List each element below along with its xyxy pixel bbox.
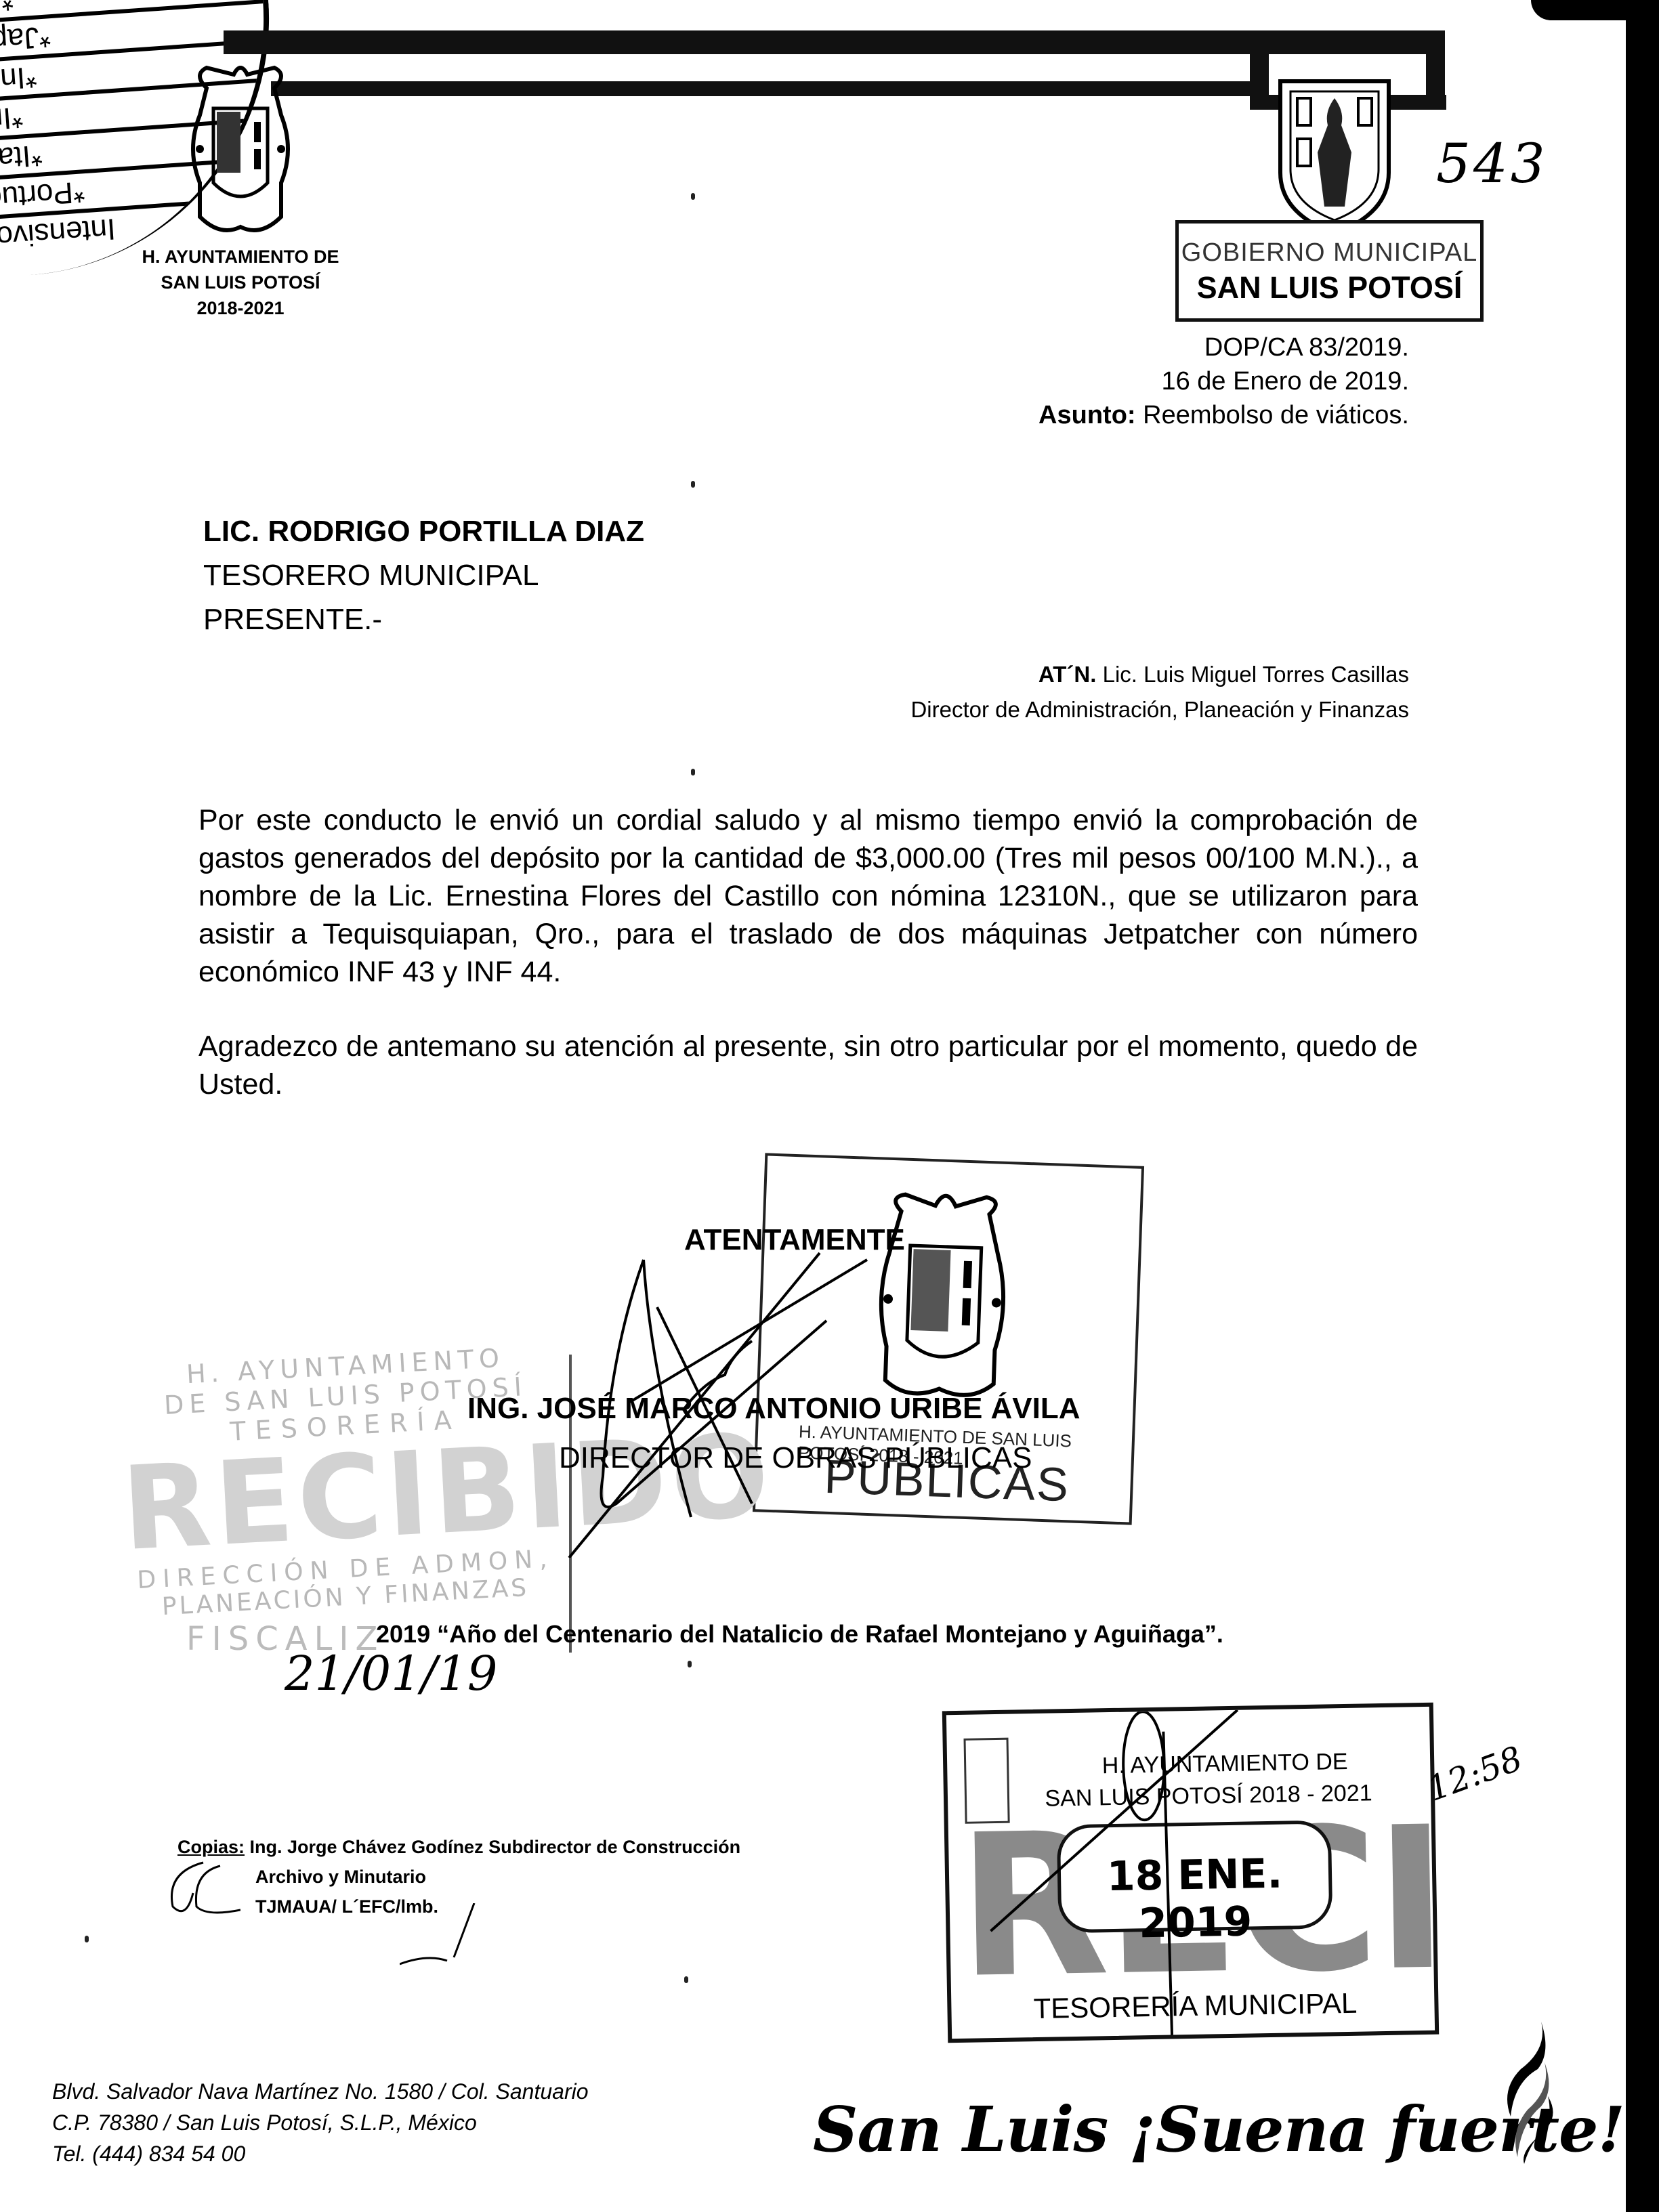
body-paragraph: Por este conducto le envió un cordial sa… [198, 801, 1418, 991]
handwritten-signature [528, 1233, 908, 1558]
subject-text: Reembolso de viáticos. [1136, 401, 1409, 429]
gov-line-1: GOBIERNO MUNICIPAL [1179, 238, 1480, 268]
scan-speck [691, 769, 695, 775]
scan-speck [85, 1936, 89, 1942]
body-paragraph: Agradezco de antemano su atención al pre… [198, 1027, 1418, 1103]
subject-label: Asunto: [1038, 401, 1136, 429]
copies-line: Archivo y Minutario [177, 1862, 740, 1892]
recibido-stamp: RECIBIDO H. AYUNTAMIENTO DE SAN LUIS POT… [942, 1703, 1439, 2043]
city-crest-icon [180, 61, 301, 244]
document-number: DOP/CA 83/2019. [881, 331, 1409, 364]
copies-recipient: Ing. Jorge Chávez Godínez Subdirector de… [245, 1837, 740, 1857]
address-line: C.P. 78380 / San Luis Potosí, S.L.P., Mé… [52, 2107, 589, 2138]
attention-label: AT´N. [1038, 662, 1097, 687]
initial-mark [946, 1707, 1439, 2043]
attention-block: AT´N. Lic. Luis Miguel Torres Casillas D… [677, 657, 1409, 727]
handwritten-mark [400, 1903, 481, 1971]
letterhead-bar [224, 30, 1443, 54]
scan-edge [1626, 0, 1659, 2212]
attention-line: AT´N. Lic. Luis Miguel Torres Casillas [677, 657, 1409, 692]
handwritten-time: 12:58 [1422, 1739, 1527, 1809]
org-line: SAN LUIS POTOSÍ [108, 270, 373, 295]
document-date: 16 de Enero de 2019. [881, 364, 1409, 398]
shield-crest-icon [1277, 78, 1392, 237]
government-logo-box: GOBIERNO MUNICIPAL SAN LUIS POTOSÍ [1175, 220, 1484, 322]
handwritten-date: 21/01/19 [285, 1646, 497, 1701]
scan-speck [688, 1661, 692, 1667]
recipient-title: TESORERO MUNICIPAL [203, 553, 644, 597]
handwritten-page-number: 543 [1436, 132, 1548, 195]
address-line: Blvd. Salvador Nava Martínez No. 1580 / … [52, 2076, 589, 2107]
letterhead-bar [1426, 30, 1445, 108]
scan-edge [1531, 0, 1659, 20]
scan-speck [691, 481, 695, 488]
recipient-block: LIC. RODRIGO PORTILLA DIAZ TESORERO MUNI… [203, 509, 644, 641]
copies-line: Copias: Ing. Jorge Chávez Godínez Subdir… [177, 1832, 740, 1862]
institutional-motto: 2019 “Año del Centenario del Natalicio d… [376, 1620, 1223, 1649]
reference-block: DOP/CA 83/2019. 16 de Enero de 2019. Asu… [881, 331, 1409, 432]
attention-name: Lic. Luis Miguel Torres Casillas [1096, 662, 1409, 687]
recipient-greeting: PRESENTE.- [203, 597, 644, 641]
organization-name: H. AYUNTAMIENTO DE SAN LUIS POTOSÍ 2018-… [108, 244, 373, 321]
scan-speck [691, 193, 695, 200]
footer-address: Blvd. Salvador Nava Martínez No. 1580 / … [52, 2076, 589, 2169]
attention-title: Director de Administración, Planeación y… [677, 692, 1409, 727]
org-line: H. AYUNTAMIENTO DE [108, 244, 373, 270]
phone-number: Tel. (444) 834 54 00 [52, 2138, 589, 2169]
org-term: 2018-2021 [108, 295, 373, 321]
flame-logo-icon [1500, 2022, 1555, 2164]
copies-label: Copias: [177, 1837, 245, 1857]
subject-line: Asunto: Reembolso de viáticos. [881, 398, 1409, 432]
letterhead-bar [271, 81, 1253, 96]
stamp-text-large: RECIBIDO [119, 1429, 572, 1567]
recipient-name: LIC. RODRIGO PORTILLA DIAZ [203, 509, 644, 553]
gov-line-2: SAN LUIS POTOSÍ [1179, 270, 1480, 305]
scan-speck [684, 1976, 688, 1983]
handwritten-initials [166, 1859, 240, 1920]
